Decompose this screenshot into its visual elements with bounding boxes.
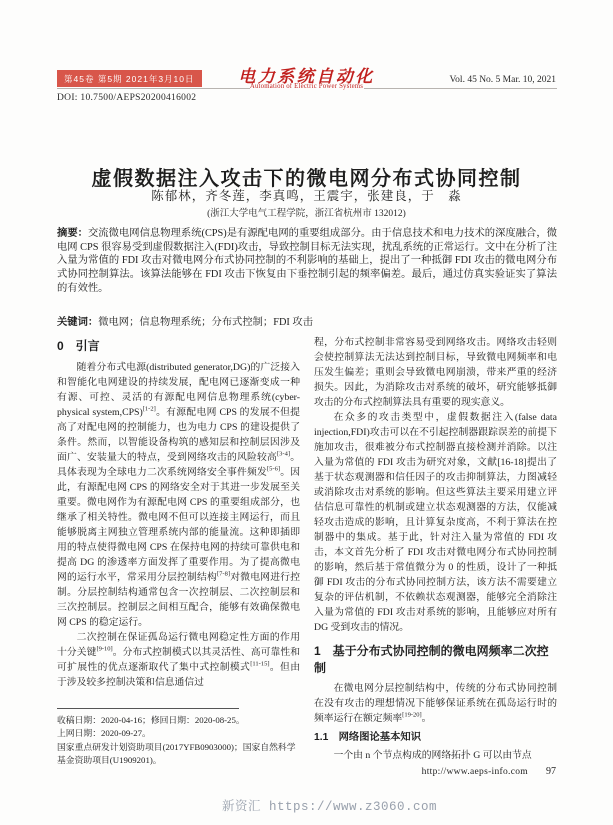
page-number: 97	[546, 766, 556, 777]
footnote-block: 收稿日期：2020-04-16；修回日期：2020-08-25。 上网日期：20…	[57, 708, 300, 769]
abstract-label: 摘要：	[57, 228, 88, 239]
footnote-funding: 国家重点研发计划资助项目(2017YFB0903000)；国家自然科学基金资助项…	[57, 741, 300, 768]
intro-paragraph-2: 二次控制在保证孤岛运行微电网稳定性方面的作用十分关键[9-10]。分布式控制模式…	[57, 631, 300, 691]
keywords-label: 关键词：	[57, 317, 98, 328]
section-1-heading: 1 基于分布式协同控制的微电网频率二次控制	[314, 643, 557, 678]
keywords-text: 微电网；信息物理系统；分布式控制；FDI 攻击	[98, 317, 313, 328]
right-column: 程，分布式控制非常容易受到网络攻击。网络攻击轻则会使控制算法无法达到控制目标，导…	[314, 336, 557, 768]
watermark-link[interactable]: 新资汇 https://www.z3060.com	[222, 796, 437, 814]
affiliation: (浙江大学电气工程学院，浙江省杭州市 132012)	[0, 205, 613, 219]
author-list: 陈郁林，齐冬莲，李真鸣，王震宇，张建良，于 淼	[0, 186, 613, 204]
journal-url-link[interactable]: http://www.aeps-info.com	[422, 767, 528, 777]
section-0-heading: 0 引言	[57, 337, 300, 355]
footnote-rule	[57, 708, 239, 709]
volume-info: Vol. 45 No. 5 Mar. 10, 2021	[450, 75, 556, 85]
keywords-block: 关键词：微电网；信息物理系统；分布式控制；FDI 攻击	[57, 313, 557, 328]
footnote-received: 收稿日期：2020-04-16；修回日期：2020-08-25。	[57, 714, 300, 728]
section-1-1-heading: 1.1 网络图论基本知识	[314, 730, 557, 746]
abstract-text: 交流微电网信息物理系统(CPS)是有源配电网的重要组成部分。由于信息技术和电力技…	[57, 228, 557, 294]
body-paragraph-fdi: 在众多的攻击类型中，虚假数据注入(false data injection,FD…	[314, 411, 557, 636]
section-1-1-paragraph: 一个由 n 个节点构成的网络拓扑 G 可以由节点	[314, 749, 557, 764]
abstract-block: 摘要：交流微电网信息物理系统(CPS)是有源配电网的重要组成部分。由于信息技术和…	[57, 227, 557, 295]
section-1-paragraph: 在微电网分层控制结构中，传统的分布式协同控制在没有攻击的理想情况下能够保证系统在…	[314, 682, 557, 727]
body-paragraph-continued: 程，分布式控制非常容易受到网络攻击。网络攻击轻则会使控制算法无法达到控制目标，导…	[314, 336, 557, 411]
paper-page: 第45卷 第5期 2021年3月10日 DOI: 10.7500/AEPS202…	[0, 0, 613, 825]
intro-paragraph-1: 随着分布式电源(distributed generator,DG)的广泛接入和智…	[57, 361, 300, 631]
body-columns: 0 引言 随着分布式电源(distributed generator,DG)的广…	[57, 336, 557, 768]
page-footer: http://www.aeps-info.com97	[422, 766, 556, 777]
footnote-online: 上网日期：2020-09-27。	[57, 727, 300, 741]
doi-text: DOI: 10.7500/AEPS20200416002	[57, 93, 196, 103]
left-column: 0 引言 随着分布式电源(distributed generator,DG)的广…	[57, 336, 300, 768]
